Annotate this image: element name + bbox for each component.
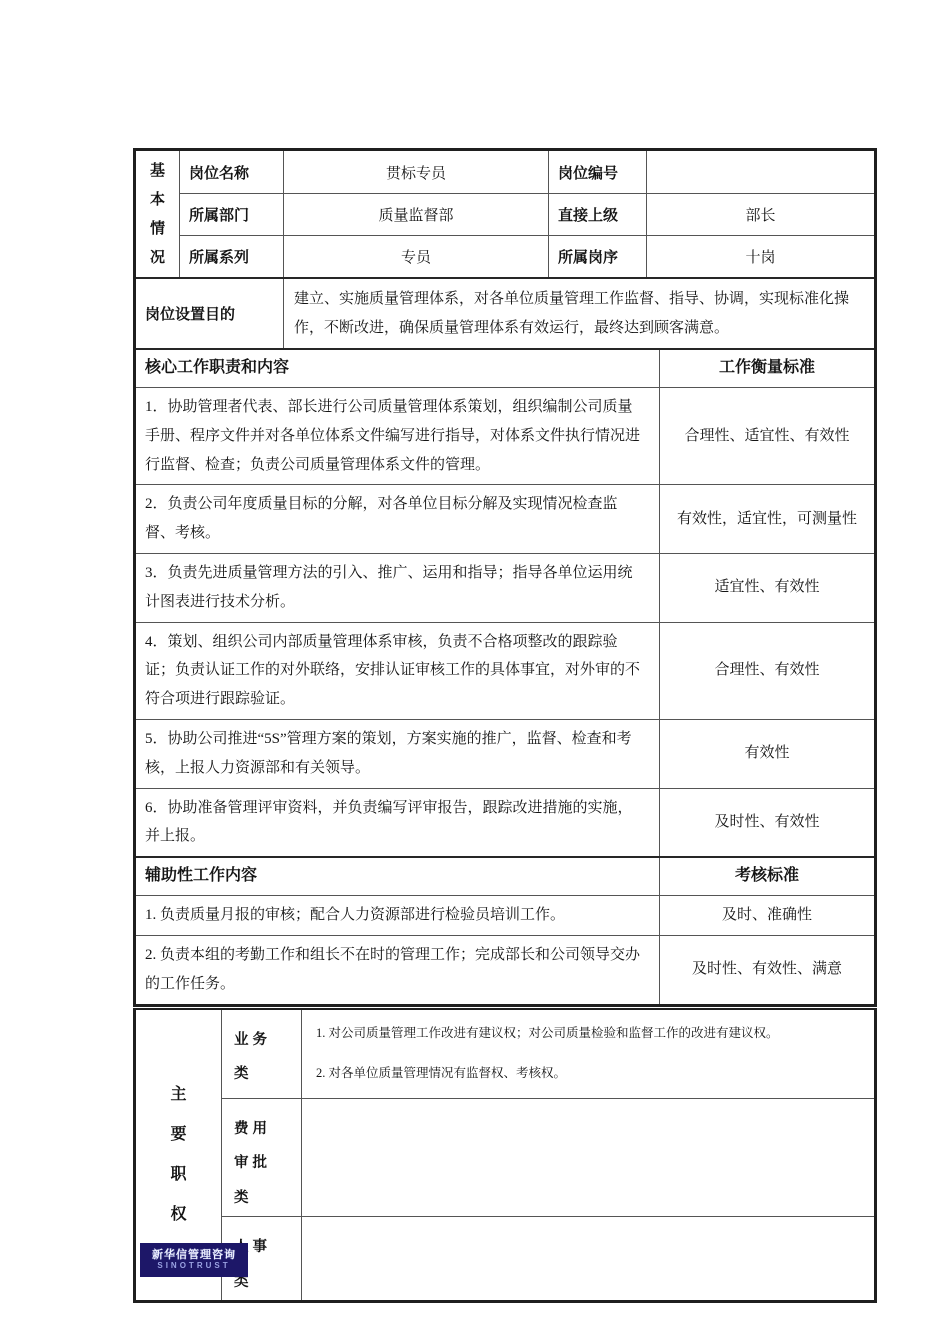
basic-info-row: 所属部门 质量监督部 直接上级 部长	[180, 193, 874, 235]
aux-header-row: 辅助性工作内容 考核标准	[136, 856, 874, 895]
direct-superior-label: 直接上级	[548, 194, 646, 235]
duty-text: 1．协助管理者代表、部长进行公司质量管理体系策划，组织编制公司质量手册、程序文件…	[136, 388, 659, 484]
job-description-document: 基 本 情 况 岗位名称 贯标专员 岗位编号 所属部门 质量监督部 直接上级 部…	[133, 148, 877, 1303]
standard-text: 及时性、有效性	[659, 789, 874, 857]
core-duty-row: 2．负责公司年度质量目标的分解，对各单位目标分解及实现情况检查监督、考核。 有效…	[136, 484, 874, 553]
duty-text: 5．协助公司推进“5S”管理方案的策划，方案实施的推广，监督、检查和考核，上报人…	[136, 720, 659, 788]
position-code-label: 岗位编号	[548, 151, 646, 193]
logo-brand-name: SINOTRUST	[157, 1262, 230, 1271]
purpose-text: 建立、实施质量管理体系，对各单位质量管理工作监督、指导、协调，实现标准化操作，不…	[283, 279, 874, 348]
authority-category-label: 业 务 类	[222, 1010, 302, 1098]
purpose-label: 岗位设置目的	[136, 279, 283, 348]
job-description-table: 基 本 情 况 岗位名称 贯标专员 岗位编号 所属部门 质量监督部 直接上级 部…	[133, 148, 877, 1007]
duty-text: 6．协助准备管理评审资料，并负责编写评审报告，跟踪改进措施的实施，并上报。	[136, 789, 659, 857]
core-duty-row: 1．协助管理者代表、部长进行公司质量管理体系策划，组织编制公司质量手册、程序文件…	[136, 387, 874, 484]
aux-duty-row: 2. 负责本组的考勤工作和组长不在时的管理工作；完成部长和公司领导交办的工作任务…	[136, 935, 874, 1004]
basic-info-row: 岗位名称 贯标专员 岗位编号	[180, 151, 874, 193]
department-label: 所属部门	[180, 194, 283, 235]
basic-info-section-label: 基 本 情 况	[136, 151, 180, 277]
basic-info-row: 所属系列 专员 所属岗序 十岗	[180, 235, 874, 277]
authority-content	[302, 1217, 874, 1300]
position-name-value: 贯标专员	[283, 151, 548, 193]
core-duty-row: 4．策划、组织公司内部质量管理体系审核，负责不合格项整改的跟踪验证；负责认证工作…	[136, 622, 874, 719]
logo-company-name: 新华信管理咨询	[152, 1249, 236, 1261]
core-duty-row: 6．协助准备管理评审资料，并负责编写评审报告，跟踪改进措施的实施，并上报。 及时…	[136, 788, 874, 857]
aux-header: 辅助性工作内容	[136, 858, 659, 895]
series-label: 所属系列	[180, 236, 283, 277]
basic-info-rows: 岗位名称 贯标专员 岗位编号 所属部门 质量监督部 直接上级 部长 所属系列 专…	[180, 151, 874, 277]
department-value: 质量监督部	[283, 194, 548, 235]
authority-row-personnel: 人 事 类	[222, 1216, 874, 1300]
basic-info-section: 基 本 情 况 岗位名称 贯标专员 岗位编号 所属部门 质量监督部 直接上级 部…	[136, 151, 874, 277]
standard-text: 合理性、适宜性、有效性	[659, 388, 874, 484]
aux-duty-row: 1. 负责质量月报的审核；配合人力资源部进行检验员培训工作。 及时、准确性	[136, 895, 874, 935]
standard-text: 有效性，适宜性，可测量性	[659, 485, 874, 553]
authority-content: 1. 对公司质量管理工作改进有建议权；对公司质量检验和监督工作的改进有建议权。 …	[302, 1010, 874, 1098]
core-standard-header: 工作衡量标准	[659, 350, 874, 387]
standard-text: 合理性、有效性	[659, 623, 874, 719]
series-value: 专员	[283, 236, 548, 277]
document-page: 基 本 情 况 岗位名称 贯标专员 岗位编号 所属部门 质量监督部 直接上级 部…	[0, 0, 950, 1344]
authority-rows: 业 务 类 1. 对公司质量管理工作改进有建议权；对公司质量检验和监督工作的改进…	[222, 1010, 874, 1300]
core-duty-row: 3．负责先进质量管理方法的引入、推广、运用和指导；指导各单位运用统计图表进行技术…	[136, 553, 874, 622]
authority-category-label: 费 用 审 批 类	[222, 1099, 302, 1216]
position-code-value	[646, 151, 874, 193]
standard-text: 适宜性、有效性	[659, 554, 874, 622]
duty-text: 2. 负责本组的考勤工作和组长不在时的管理工作；完成部长和公司领导交办的工作任务…	[136, 936, 659, 1004]
aux-standard-header: 考核标准	[659, 858, 874, 895]
standard-text: 及时、准确性	[659, 896, 874, 935]
direct-superior-value: 部长	[646, 194, 874, 235]
core-header: 核心工作职责和内容	[136, 350, 659, 387]
authority-row-business: 业 务 类 1. 对公司质量管理工作改进有建议权；对公司质量检验和监督工作的改进…	[222, 1010, 874, 1098]
duty-text: 3．负责先进质量管理方法的引入、推广、运用和指导；指导各单位运用统计图表进行技术…	[136, 554, 659, 622]
core-header-row: 核心工作职责和内容 工作衡量标准	[136, 348, 874, 387]
authority-row-expense: 费 用 审 批 类	[222, 1098, 874, 1216]
purpose-row: 岗位设置目的 建立、实施质量管理体系，对各单位质量管理工作监督、指导、协调，实现…	[136, 277, 874, 348]
sinotrust-logo: 新华信管理咨询 SINOTRUST	[140, 1243, 248, 1277]
position-name-label: 岗位名称	[180, 151, 283, 193]
duty-text: 2．负责公司年度质量目标的分解，对各单位目标分解及实现情况检查监督、考核。	[136, 485, 659, 553]
standard-text: 及时性、有效性、满意	[659, 936, 874, 1004]
rank-label: 所属岗序	[548, 236, 646, 277]
standard-text: 有效性	[659, 720, 874, 788]
duty-text: 1. 负责质量月报的审核；配合人力资源部进行检验员培训工作。	[136, 896, 659, 935]
rank-value: 十岗	[646, 236, 874, 277]
authority-content	[302, 1099, 874, 1216]
duty-text: 4．策划、组织公司内部质量管理体系审核，负责不合格项整改的跟踪验证；负责认证工作…	[136, 623, 659, 719]
core-duty-row: 5．协助公司推进“5S”管理方案的策划，方案实施的推广，监督、检查和考核，上报人…	[136, 719, 874, 788]
